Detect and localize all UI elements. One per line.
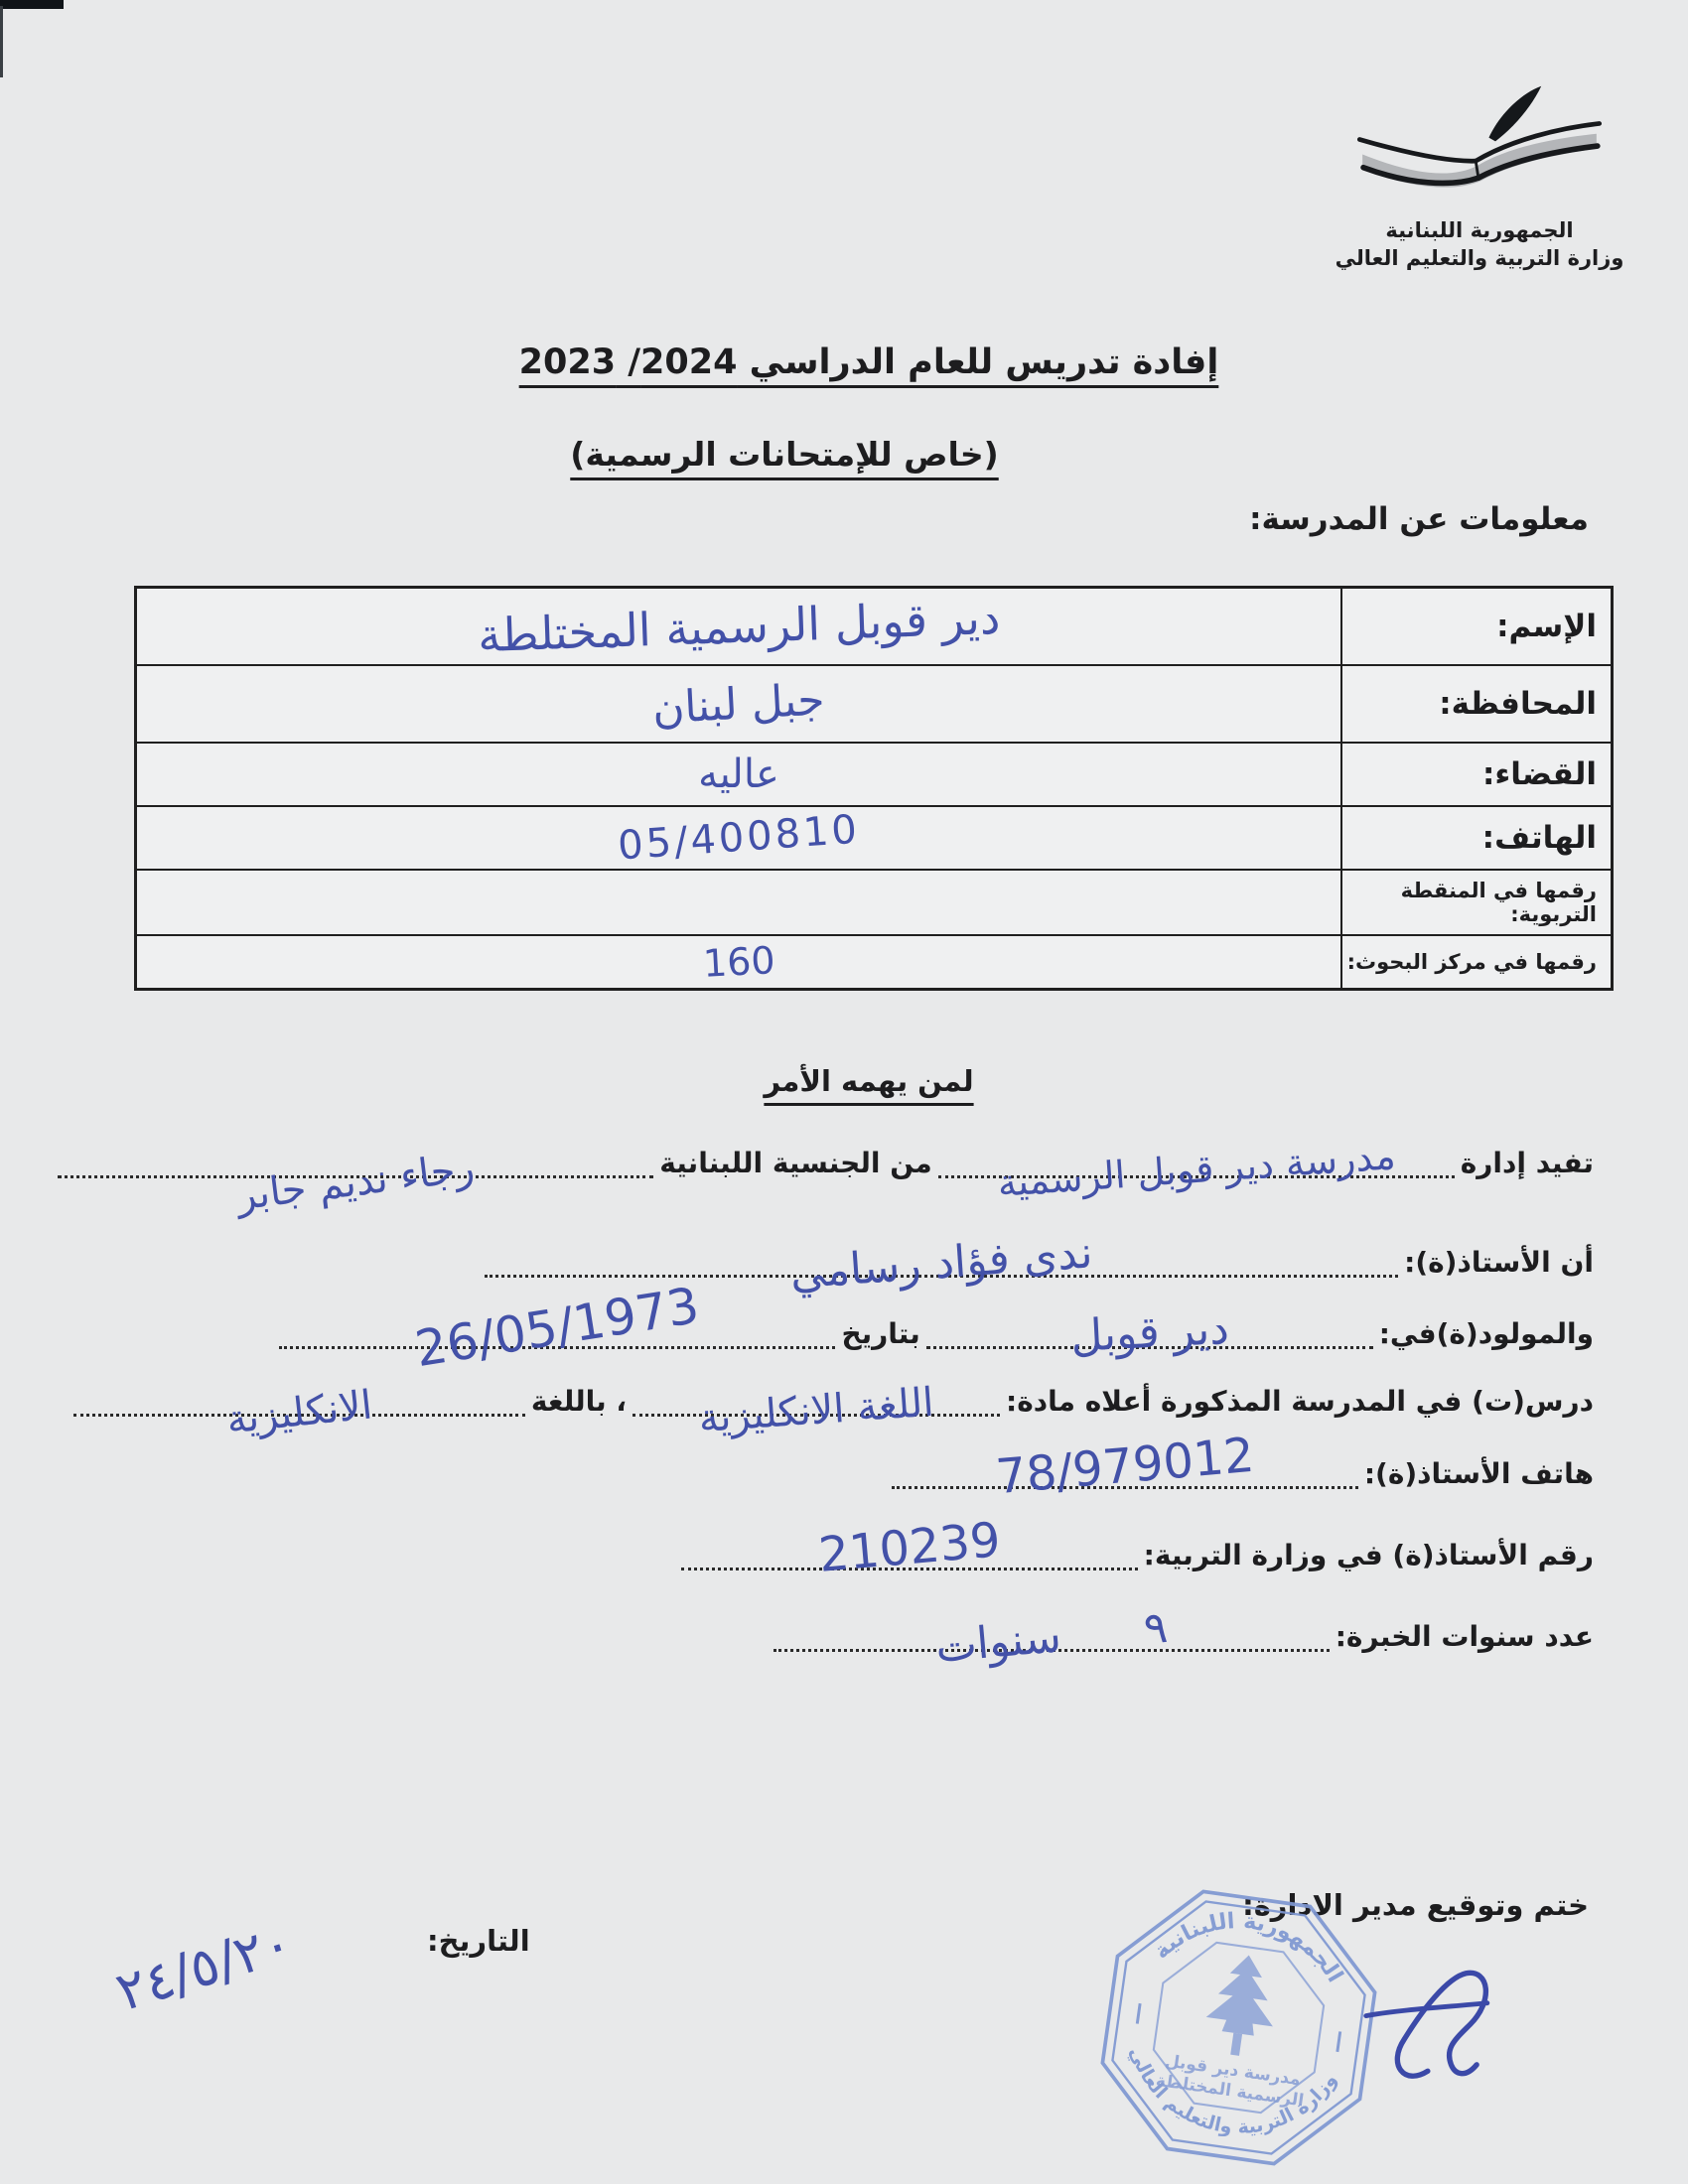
phone-value: 05/400810	[617, 807, 862, 870]
letter-line-ministry-number: رقم الأستاذ(ة) في وزارة التربية:210239	[675, 1539, 1594, 1571]
ministry-name-line1: الجمهورية اللبنانية	[1321, 216, 1638, 244]
school-info-table: دير قوبل الرسمية المختلطة الإسم: جبل لبن…	[134, 586, 1614, 991]
school-name-label: الإسم:	[1340, 589, 1611, 664]
fill-experience-years: ٩ سنوات	[774, 1623, 1330, 1652]
fill-birthdate: 26/05/1973	[279, 1320, 835, 1349]
phone-label: الهاتف:	[1340, 807, 1611, 869]
fill-school-administration: مدرسة دير قوبل الرسمية	[938, 1150, 1455, 1178]
table-row: عاليه القضاء:	[137, 742, 1611, 805]
fill-teacher-phone: 78/979012	[892, 1460, 1358, 1489]
letter-line-teacher-name: أن الأستاذ(ة):ندى فؤاد رسامي	[479, 1246, 1594, 1279]
table-row: رقمها في المنقطة التربوية:	[137, 869, 1611, 934]
table-row: دير قوبل الرسمية المختلطة الإسم:	[137, 589, 1611, 664]
table-row: 05/400810 الهاتف:	[137, 805, 1611, 869]
letter-line-experience: عدد سنوات الخبرة:٩ سنوات	[768, 1620, 1594, 1653]
research-center-number-value: 160	[702, 938, 776, 986]
school-name-value: دير قوبل الرسمية المختلطة	[477, 591, 1001, 662]
district-label: القضاء:	[1340, 744, 1611, 805]
table-row: 160 رقمها في مركز البحوث:	[137, 934, 1611, 988]
ministry-logo: الجمهورية اللبنانية وزارة التربية والتعل…	[1321, 81, 1638, 273]
research-center-number-label: رقمها في مركز البحوث:	[1340, 936, 1611, 988]
zone-number-label: رقمها في المنقطة التربوية:	[1340, 871, 1611, 934]
ministry-name-line2: وزارة التربية والتعليم العالي	[1321, 244, 1638, 272]
district-value: عاليه	[698, 751, 779, 797]
letter-line-subject: درس(ت) في المدرسة المذكورة أعلاه مادة:ال…	[68, 1385, 1594, 1418]
fill-ministry-number: 210239	[681, 1542, 1138, 1570]
scan-artifact-corner	[0, 0, 64, 9]
fill-teacher-name: ندى فؤاد رسامي	[485, 1249, 1398, 1278]
governorate-label: المحافظة:	[1340, 666, 1611, 742]
fill-language: الانكليزية	[73, 1388, 525, 1417]
document-subtitle: (خاص للإمتحانات الرسمية)	[0, 435, 1569, 474]
date-label: التاريخ:	[427, 1924, 530, 1958]
handwritten-date: ٢٤/٥/٢٠	[109, 1911, 300, 2023]
governorate-value: جبل لبنان	[651, 674, 826, 734]
director-signature	[1355, 1948, 1534, 2097]
letter-heading: لمن يهمه الأمر	[50, 1064, 1688, 1098]
document-title: إفادة تدريس للعام الدراسي 2024/ 2023	[50, 342, 1688, 382]
ministry-stamp: الجمهورية اللبنانية وزارة التربية والتعل…	[1092, 1876, 1385, 2179]
letter-line-teacher-phone: هاتف الأستاذ(ة):78/979012	[886, 1457, 1594, 1490]
letter-line-administration: تفيد إدارةمدرسة دير قوبل الرسميةمن الجنس…	[52, 1147, 1594, 1179]
fill-director-name: رجاء نديم جابر	[58, 1150, 653, 1178]
school-info-heading: معلومات عن المدرسة:	[1249, 501, 1589, 537]
open-book-icon	[1345, 81, 1614, 212]
scan-artifact-edge	[0, 6, 3, 77]
letter-line-birth: والمولود(ة)في:دير قوبلبتاريخ26/05/1973	[273, 1317, 1594, 1350]
table-row: جبل لبنان المحافظة:	[137, 664, 1611, 742]
fill-birthplace: دير قوبل	[926, 1320, 1373, 1349]
cedar-tree-icon	[1204, 1951, 1282, 2038]
fill-subject: اللغة الانكليزية	[633, 1388, 1000, 1417]
letter-body: تفيد إدارةمدرسة دير قوبل الرسميةمن الجنس…	[94, 1132, 1594, 1727]
